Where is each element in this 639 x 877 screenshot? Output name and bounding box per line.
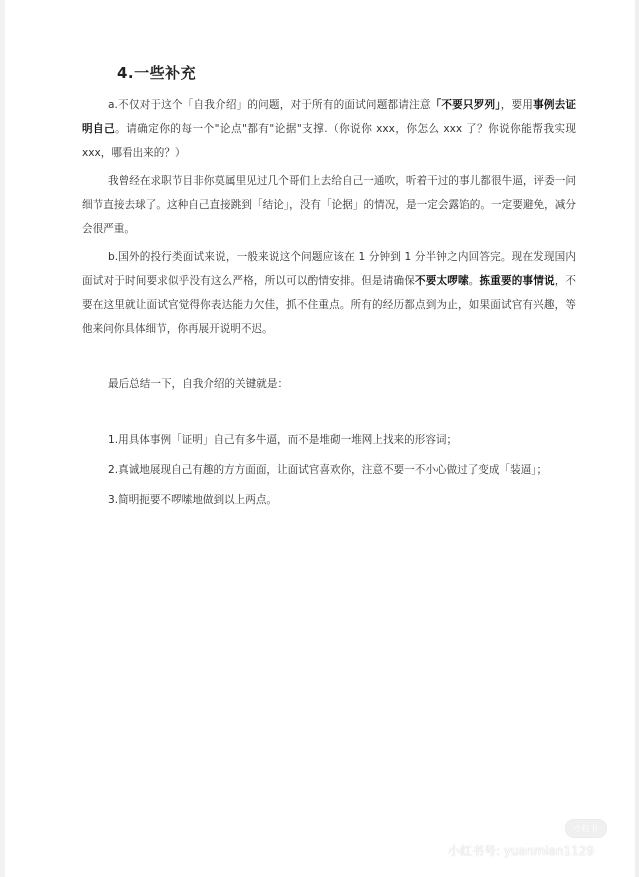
- key-point-3: 3.简明扼要不啰嗦地做到以上两点。: [108, 492, 588, 508]
- paragraph-a-suffix: 。请确定你的每一个"论点"都有"论据"支撑.（你说你 xxx，你怎么 xxx 了…: [82, 123, 576, 159]
- watermark-badge: 小红书: [565, 819, 607, 838]
- paragraph-a-mid: ，要用: [501, 99, 533, 111]
- key-point-2: 2.真诚地展现自己有趣的方方面面，让面试官喜欢你，注意不要一不小心做过了变成「装…: [108, 462, 588, 478]
- paragraph-a-prefix: a.不仅对于这个「自我介绍」的问题，对于所有的面试问题都请注意: [108, 99, 431, 111]
- section-heading: 4.一些补充: [117, 62, 196, 83]
- paragraph-a-bold-1: 「不要只罗列」: [431, 99, 501, 111]
- paragraph-b-bold-1: 不要太啰嗦: [415, 275, 469, 287]
- document-page: 4.一些补充 a.不仅对于这个「自我介绍」的问题，对于所有的面试问题都请注意「不…: [0, 0, 639, 877]
- paragraph-b-mid: 。: [469, 275, 480, 287]
- key-point-1: 1.用具体事例「证明」自己有多牛逼，而不是堆砌一堆网上找来的形容词；: [108, 432, 588, 448]
- paragraph-b-bold-2: 拣重要的事情说: [479, 275, 554, 287]
- paragraph-b: b.国外的投行类面试来说，一般来说这个问题应该在 1 分钟到 1 分半钟之内回答…: [82, 245, 576, 341]
- summary-intro: 最后总结一下，自我介绍的关键就是：: [82, 372, 576, 396]
- watermark-text: 小红书号: yuanmian1129: [448, 842, 594, 859]
- paragraph-a: a.不仅对于这个「自我介绍」的问题，对于所有的面试问题都请注意「不要只罗列」，要…: [82, 93, 576, 165]
- paragraph-story: 我曾经在求职节目非你莫属里见过几个哥们上去给自己一通吹，听着干过的事儿都很牛逼，…: [82, 169, 576, 241]
